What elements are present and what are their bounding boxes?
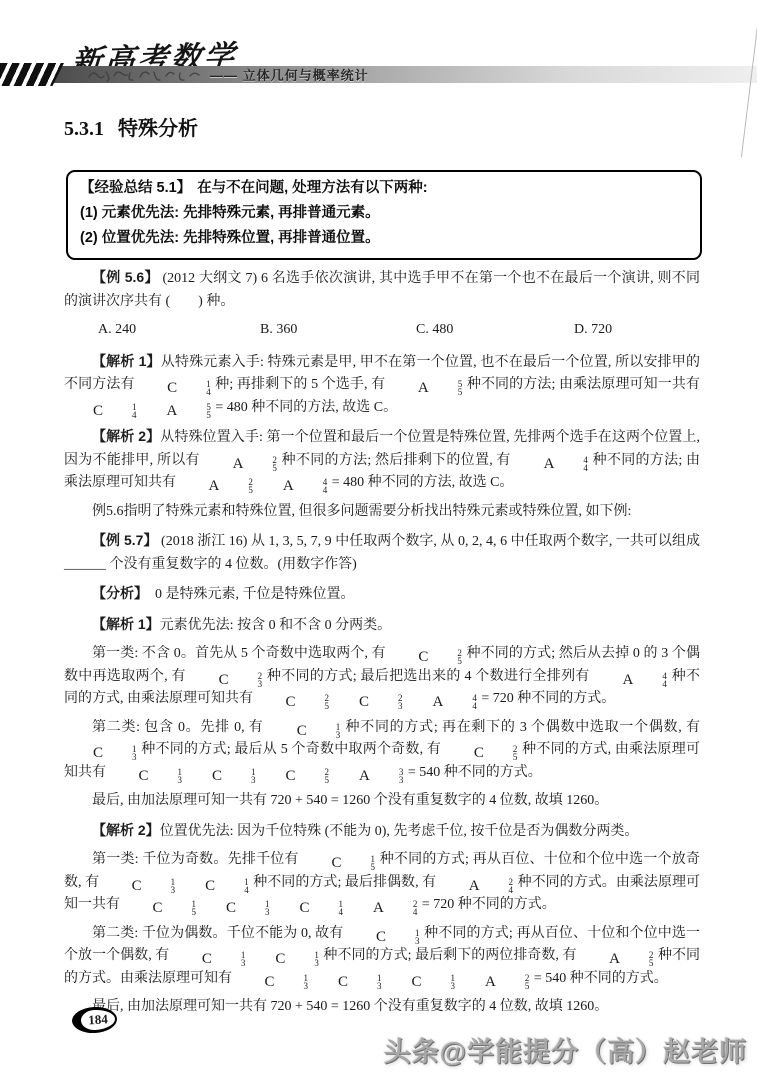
scan-edge-artifact xyxy=(741,8,757,157)
bold-label: 【解析 2】 xyxy=(92,428,160,444)
bold-label: 【例 5.7】 xyxy=(92,532,158,548)
math-token: C14 xyxy=(177,878,249,894)
choice-option: D. 720 xyxy=(574,319,612,342)
body-content: 【例 5.6】 (2012 大纲文 7) 6 名选手依次演讲, 其中选手甲不在第… xyxy=(64,266,700,1025)
textbook-page: 新高考数学 —— 立体几何与概率统计 5.3.1特殊分析 【经验总结 5.1】在… xyxy=(0,0,757,1073)
math-token: A55 xyxy=(139,403,211,419)
summary-item: (2) 位置优先法: 先排特殊位置, 再排普通位置。 xyxy=(80,226,688,251)
math-token: C25 xyxy=(258,768,330,784)
math-token: C25 xyxy=(446,745,518,761)
math-token: C15 xyxy=(303,855,375,871)
watermark-text: 头条@学能提分（高）赵老师 xyxy=(384,1030,747,1069)
paragraph: 【解析 1】元素优先法: 按含 0 和不含 0 分两类。 xyxy=(64,613,700,638)
paragraph: 【例 5.7】 (2018 浙江 16) 从 1, 3, 5, 7, 9 中任取… xyxy=(64,529,700,576)
bold-label: 【解析 1】 xyxy=(92,616,160,632)
section-heading: 5.3.1特殊分析 xyxy=(64,112,198,141)
math-token: C13 xyxy=(247,951,319,967)
paragraph: 【例 5.6】 (2012 大纲文 7) 6 名选手依次演讲, 其中选手甲不在第… xyxy=(64,266,700,313)
math-token: C13 xyxy=(198,900,270,916)
bold-label: 【分析】 xyxy=(92,585,141,601)
section-title-text: 特殊分析 xyxy=(118,118,198,140)
page-number-badge: 184 xyxy=(71,1006,117,1034)
choice-options-row: A. 240B. 360C. 480D. 720 xyxy=(64,319,700,342)
math-token: C25 xyxy=(390,649,462,665)
bold-label: 【例 5.6】 xyxy=(92,269,159,285)
summary-intro: 在与不在问题, 处理方法有以下两种: xyxy=(197,180,427,196)
math-token: A25 xyxy=(205,456,277,472)
math-token: C14 xyxy=(65,403,137,419)
paragraph: 【解析 2】从特殊位置入手: 第一个位置和最后一个位置是特殊位置, 先排两个选手… xyxy=(64,425,700,495)
math-token: C25 xyxy=(258,694,330,710)
math-token: C13 xyxy=(310,974,382,990)
math-token: C13 xyxy=(269,723,341,739)
banner-title: —— 立体几何与概率统计 xyxy=(210,65,369,84)
math-token: C13 xyxy=(384,974,456,990)
math-token: A25 xyxy=(181,478,253,494)
paragraph: 第二类: 包含 0。先排 0, 有 C13 种不同的方式; 再在剩下的 3 个偶… xyxy=(64,717,700,785)
math-token: C13 xyxy=(348,929,420,945)
math-token: A24 xyxy=(345,900,417,916)
banner-script-decoration xyxy=(86,68,204,82)
math-token: A24 xyxy=(441,878,513,894)
math-token: C23 xyxy=(331,694,403,710)
math-token: A44 xyxy=(405,694,477,710)
bold-label: 【解析 2】 xyxy=(92,822,160,838)
paragraph: 第一类: 不含 0。首先从 5 个奇数中选取两个, 有 C25 种不同的方式; … xyxy=(64,643,700,711)
choice-option: B. 360 xyxy=(260,319,416,342)
math-token: C13 xyxy=(174,951,246,967)
summary-label: 【经验总结 5.1】 xyxy=(80,180,191,196)
math-token: A44 xyxy=(595,672,667,688)
math-token: C13 xyxy=(184,768,256,784)
math-token: C13 xyxy=(65,745,137,761)
math-token: A55 xyxy=(390,380,462,396)
paragraph: 最后, 由加法原理可知一共有 720 + 540 = 1260 个没有重复数字的… xyxy=(64,996,700,1019)
bold-label: 【解析 1】 xyxy=(92,353,161,369)
math-token: C13 xyxy=(111,768,183,784)
math-token: A25 xyxy=(457,974,529,990)
math-token: A33 xyxy=(331,768,403,784)
paragraph: 最后, 由加法原理可知一共有 720 + 540 = 1260 个没有重复数字的… xyxy=(64,790,700,813)
section-number: 5.3.1 xyxy=(64,118,104,140)
paragraph: 第二类: 千位为偶数。千位不能为 0, 故有 C13 种不同的方式; 再从百位、… xyxy=(64,923,700,991)
paragraph: 【分析】 0 是特殊元素, 千位是特殊位置。 xyxy=(64,582,700,607)
math-token: C23 xyxy=(191,672,263,688)
math-token: C13 xyxy=(237,974,309,990)
header-banner: —— 立体几何与概率统计 xyxy=(86,66,369,83)
math-token: C14 xyxy=(139,380,211,396)
paragraph: 【解析 2】位置优先法: 因为千位特殊 (不能为 0), 先考虑千位, 按千位是… xyxy=(64,819,700,844)
math-token: A25 xyxy=(581,951,653,967)
math-token: A44 xyxy=(516,456,588,472)
choice-option: A. 240 xyxy=(98,319,260,342)
math-token: C15 xyxy=(125,900,197,916)
choice-option: C. 480 xyxy=(416,319,574,342)
experience-summary-box: 【经验总结 5.1】在与不在问题, 处理方法有以下两种: (1) 元素优先法: … xyxy=(66,170,702,260)
summary-intro-line: 【经验总结 5.1】在与不在问题, 处理方法有以下两种: xyxy=(80,176,688,201)
math-token: C14 xyxy=(272,900,344,916)
math-token: C13 xyxy=(104,878,176,894)
paragraph: 第一类: 千位为奇数。先排千位有 C15 种不同的方式; 再从百位、十位和个位中… xyxy=(64,849,700,917)
paragraph: 例5.6指明了特殊元素和特殊位置, 但很多问题需要分析找出特殊元素或特殊位置, … xyxy=(64,501,700,524)
math-token: A44 xyxy=(255,478,327,494)
summary-item: (1) 元素优先法: 先排特殊元素, 再排普通元素。 xyxy=(80,201,688,226)
paragraph: 【解析 1】从特殊元素入手: 特殊元素是甲, 甲不在第一个位置, 也不在最后一个… xyxy=(64,350,700,420)
